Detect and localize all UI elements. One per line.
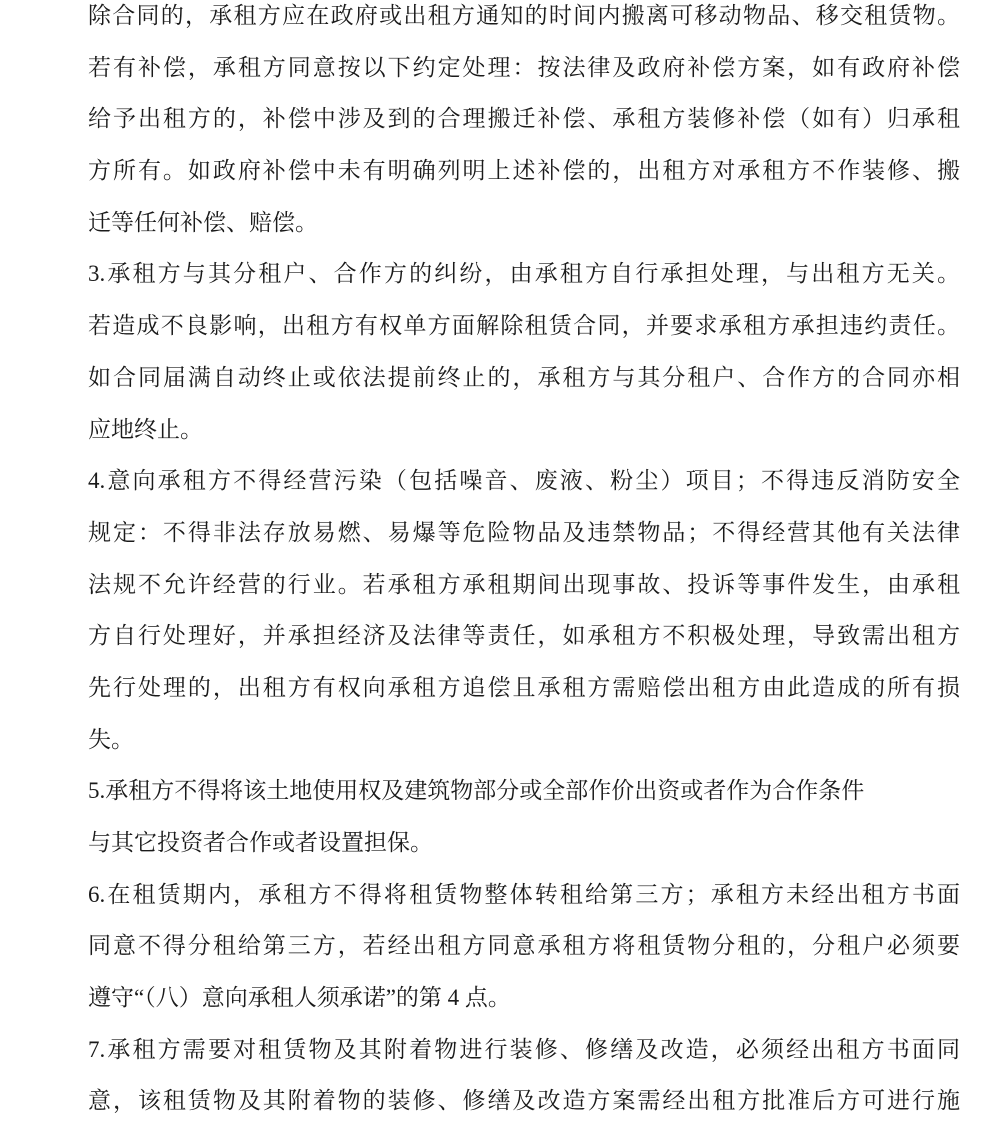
contract-text-line: 失。 <box>88 714 960 766</box>
contract-text-line: 与其它投资者合作或者设置担保。 <box>88 817 960 869</box>
contract-text-line: 同意不得分租给第三方，若经出租方同意承租方将租赁物分租的，分租户必须要 <box>88 920 960 972</box>
contract-text-line: 应地终止。 <box>88 404 960 456</box>
document-page: 除合同的，承租方应在政府或出租方通知的时间内搬离可移动物品、移交租赁物。若有补偿… <box>0 0 993 1125</box>
contract-text-line: 5.承租方不得将该土地使用权及建筑物部分或全部作价出资或者作为合作条件 <box>88 765 960 817</box>
contract-text-line: 意，该租赁物及其附着物的装修、修缮及改造方案需经出租方批准后方可进行施 <box>88 1075 960 1125</box>
contract-text-line: 6.在租赁期内，承租方不得将租赁物整体转租给第三方；承租方未经出租方书面 <box>88 869 960 921</box>
contract-text-line: 如合同届满自动终止或依法提前终止的，承租方与其分租户、合作方的合同亦相 <box>88 352 960 404</box>
contract-text-line: 除合同的，承租方应在政府或出租方通知的时间内搬离可移动物品、移交租赁物。 <box>88 0 960 42</box>
contract-text-block: 除合同的，承租方应在政府或出租方通知的时间内搬离可移动物品、移交租赁物。若有补偿… <box>88 0 960 1125</box>
contract-text-line: 先行处理的，出租方有权向承租方追偿且承租方需赔偿出租方由此造成的所有损 <box>88 662 960 714</box>
contract-text-line: 方自行处理好，并承担经济及法律等责任，如承租方不积极处理，导致需出租方 <box>88 610 960 662</box>
contract-text-line: 若有补偿，承租方同意按以下约定处理：按法律及政府补偿方案，如有政府补偿 <box>88 42 960 94</box>
contract-text-line: 法规不允许经营的行业。若承租方承租期间出现事故、投诉等事件发生，由承租 <box>88 559 960 611</box>
contract-text-line: 给予出租方的，补偿中涉及到的合理搬迁补偿、承租方装修补偿（如有）归承租 <box>88 93 960 145</box>
contract-text-line: 7.承租方需要对租赁物及其附着物进行装修、修缮及改造，必须经出租方书面同 <box>88 1024 960 1076</box>
contract-text-line: 方所有。如政府补偿中未有明确列明上述补偿的，出租方对承租方不作装修、搬 <box>88 145 960 197</box>
contract-text-line: 迁等任何补偿、赔偿。 <box>88 197 960 249</box>
contract-text-line: 3.承租方与其分租户、合作方的纠纷，由承租方自行承担处理，与出租方无关。 <box>88 248 960 300</box>
contract-text-line: 4.意向承租方不得经营污染（包括噪音、废液、粉尘）项目；不得违反消防安全 <box>88 455 960 507</box>
contract-text-line: 规定：不得非法存放易燃、易爆等危险物品及违禁物品；不得经营其他有关法律 <box>88 507 960 559</box>
contract-text-line: 若造成不良影响，出租方有权单方面解除租赁合同，并要求承租方承担违约责任。 <box>88 300 960 352</box>
contract-text-line: 遵守“（八）意向承租人须承诺”的第 4 点。 <box>88 972 960 1024</box>
